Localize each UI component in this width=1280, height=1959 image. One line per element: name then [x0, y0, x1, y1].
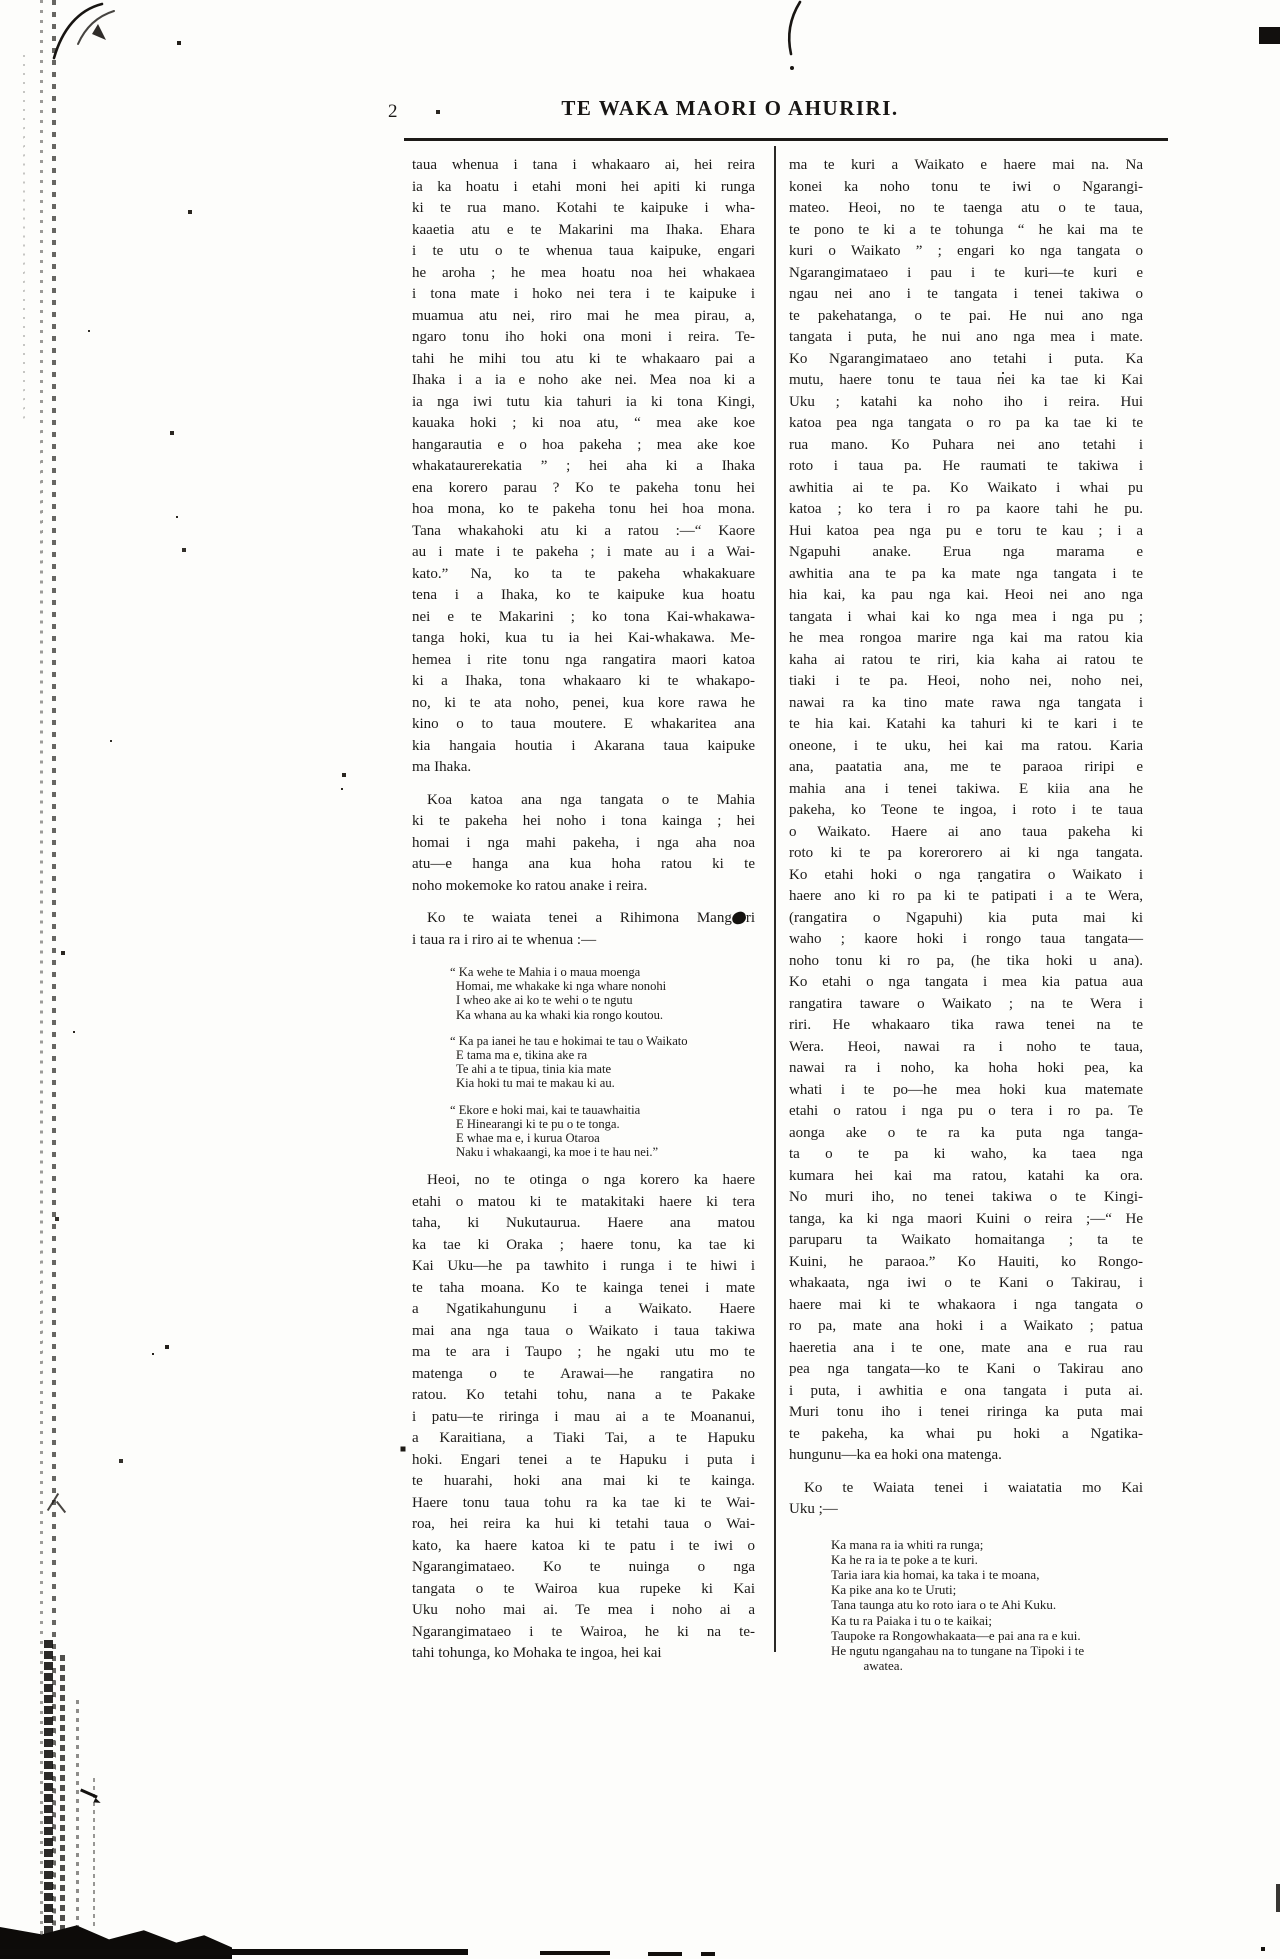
- scan-artifact-corner-smear: [0, 1918, 232, 1959]
- text-line: pakeha, ko Teone te ingoa, i roto i te t…: [789, 800, 1143, 822]
- scan-artifact-streak: [23, 55, 25, 425]
- scan-artifact-streak: [40, 0, 43, 1959]
- text-line: katoa ; ko tera i ro pa kaore tahi he pu…: [789, 499, 1143, 521]
- verse-line: Ka mana ra ia whiti ra runga;: [831, 1537, 1143, 1552]
- text-line: kaha ai ratou te riri, kia kaha ai ratou…: [789, 650, 1143, 672]
- text-line: kino o to taua moutere. E whakaritea ana: [412, 714, 755, 736]
- text-line: waho ; kaore hoki i rongo taua tangata—: [789, 929, 1143, 951]
- text-line: no, ki te ata noho, penei, kua kore rawa…: [412, 693, 755, 715]
- scan-artifact-bottom-edge: [648, 1952, 682, 1956]
- scan-artifact-streak: [52, 0, 56, 1959]
- scan-artifact-bottom-edge: [0, 1949, 468, 1955]
- verse-line: Taria iara kia homai, ka taka i te moana…: [831, 1567, 1143, 1582]
- text-line: noho mokemoke ko ratou anake i reira.: [412, 876, 755, 898]
- text-line: kumara hei kai ma ratou, katahi ka ora.: [789, 1166, 1143, 1188]
- verse-line: Ka pike ana ko te Uruti;: [831, 1582, 1143, 1597]
- text-line: whakataurerekatia ” ; hei aha ki a Ihaka: [412, 456, 755, 478]
- text-line: ro pa, mate ana hoki i a Waikato ; patua: [789, 1316, 1143, 1338]
- verse-block: “ Ka wehe te Mahia i o maua moengaHomai,…: [450, 965, 755, 1159]
- paragraph: Ko te waiata tenei a Rihimona Mangrii ta…: [412, 908, 755, 951]
- text-line: i patu—te riringa i mau ai a te Moananui…: [412, 1407, 755, 1429]
- column-divider-rule: [774, 146, 776, 1652]
- scan-artifact-ink-stroke: [778, 0, 806, 84]
- text-line: te taha moana. Ko te kainga tenei i mate: [412, 1278, 755, 1300]
- text-line: Heoi, no te otinga o nga korero ka haere: [412, 1170, 755, 1192]
- text-line: Ngarangimataeo i pau i te kuri—te kuri e: [789, 263, 1143, 285]
- text-line: kia hangaia houtia i Akarana taua kaipuk…: [412, 736, 755, 758]
- verse-stanza: Ka mana ra ia whiti ra runga;Ka he ra ia…: [831, 1537, 1143, 1674]
- text-line: tiaki i te pa. Heoi, noho nei, noho nei,: [789, 671, 1143, 693]
- text-line: whati i te po—he mea hoki kua matemate: [789, 1080, 1143, 1102]
- scan-artifact-streak: [44, 1640, 53, 1945]
- text-line: pea nga tangata—ko te Kani o Takirau ano: [789, 1359, 1143, 1381]
- verse-line: E Hinearangi ki te pu o te tonga.: [450, 1117, 755, 1131]
- text-line: i taua ra i riro ai te whenua :—: [412, 930, 755, 952]
- text-line: i tona mate i hoko nei tera i te kaipuke…: [412, 284, 755, 306]
- text-line: Wera. Heoi, nawai ra i noho te taua,: [789, 1037, 1143, 1059]
- text-line: roto i taua pa. He raumati te takiwa i: [789, 456, 1143, 478]
- text-line: Muri tonu iho i tenei riringa ka puta ma…: [789, 1402, 1143, 1424]
- text-line: ki a Ihaka, tona whakaaro ki te whakapo-: [412, 671, 755, 693]
- verse-line: Ka tu ra Paiaka i tu o te kaikai;: [831, 1613, 1143, 1628]
- text-line: katoa pea nga tangata o ro pa ka tae ki …: [789, 413, 1143, 435]
- text-line: mai ana nga taua o Waikato i taua takiwa: [412, 1321, 755, 1343]
- text-line: ta o te pa ki waho, ka taea nga: [789, 1144, 1143, 1166]
- text-line: Ko te waiata tenei a Rihimona Mangri: [412, 908, 755, 930]
- verse-stanza: “ Ka wehe te Mahia i o maua moengaHomai,…: [450, 965, 755, 1022]
- text-line: tahi tohunga, ko Mohaka te ingoa, hei ka…: [412, 1643, 755, 1665]
- text-line: hangarautia e o hoa pakeha ; mea ake koe: [412, 435, 755, 457]
- text-line: Koa katoa ana nga tangata o te Mahia: [412, 790, 755, 812]
- text-line: whakaata, nga iwi o te Kani o Takirau, i: [789, 1273, 1143, 1295]
- text-line: ma te kuri a Waikato e haere mai na. Na: [789, 155, 1143, 177]
- text-fragment: ri: [746, 910, 755, 926]
- text-line: roa, hei reira ka hui ki tetahi taua o W…: [412, 1514, 755, 1536]
- text-line: tanga hoki, kua tu ia hei Kai-whakawa. M…: [412, 628, 755, 650]
- text-line: Haere tonu taua tohu ra ka tae ki te Wai…: [412, 1493, 755, 1515]
- scan-artifact-tick: [80, 1788, 97, 1798]
- text-line: atu—e hanga ana kua hoha ratou ki te: [412, 854, 755, 876]
- text-line: i te utu o te whenua taua kaipuke, engar…: [412, 241, 755, 263]
- text-line: matenga o te Arawai—he rangatira no: [412, 1364, 755, 1386]
- verse-line: Homai, me whakake ki nga whare nonohi: [450, 979, 755, 993]
- text-line: au i mate i te pakeha ; i mate au i a Wa…: [412, 542, 755, 564]
- text-line: ma Ihaka.: [412, 757, 755, 779]
- text-line: hia kai, ka pau nga kai. Heoi nei ano ng…: [789, 585, 1143, 607]
- column-right: ma te kuri a Waikato e haere mai na. Nak…: [789, 155, 1143, 1677]
- verse-line: “ Ka wehe te Mahia i o maua moenga: [450, 965, 755, 979]
- text-line: te pakeha, ka whai pu hoki a Ngatika-: [789, 1424, 1143, 1446]
- text-line: paruparu ta Waikato homaitanga ; ta te: [789, 1230, 1143, 1252]
- text-line: etahi o ratou i nga pu o tera i ro pa. T…: [789, 1101, 1143, 1123]
- text-line: ratou. Ko tetahi tohu, nana a te Pakake: [412, 1385, 755, 1407]
- verse-stanza: “ Ka pa ianei he tau e hokimai te tau o …: [450, 1034, 755, 1091]
- verse-line: I wheo ake ai ko te wehi o te ngutu: [450, 993, 755, 1007]
- text-line: mutu, haere tonu te taua nei ka tae ki K…: [789, 370, 1143, 392]
- text-line: Uku ; katahi ka noho iho i reira. Hui: [789, 392, 1143, 414]
- text-line: mateo. Heoi, no te taenga atu o te taua,: [789, 198, 1143, 220]
- page-number: 2: [388, 101, 398, 123]
- text-line: te pakehatanga, o te pai. He nui ano nga: [789, 306, 1143, 328]
- scan-artifact-bottom-edge: [540, 1951, 610, 1955]
- verse-block: Ka mana ra ia whiti ra runga;Ka he ra ia…: [831, 1537, 1143, 1674]
- text-line: noho tonu ki ro pa, (he tika hoki u ana)…: [789, 951, 1143, 973]
- scan-artifact-tick: [93, 1798, 101, 1805]
- scan-artifact-right-edge-mark: [1276, 1884, 1280, 1912]
- text-line: ka tae ki Oraka ; haere tonu, ka tae ki: [412, 1235, 755, 1257]
- newspaper-page: 2 TE WAKA MAORI O AHURIRI. taua whenua i…: [0, 0, 1280, 1959]
- scan-artifact-streak: [60, 1655, 65, 1955]
- text-line: nawai ra ka tino mate rawa nga tangata i: [789, 693, 1143, 715]
- text-line: a Ngatikahungunu i a Waikato. Haere: [412, 1299, 755, 1321]
- text-line: haere mai ki te whakaora i nga tangata o: [789, 1295, 1143, 1317]
- text-line: tangata i whai kai ko nga mea i nga pu ;: [789, 607, 1143, 629]
- text-line: etahi o matou ki te matakitaki haere ki …: [412, 1192, 755, 1214]
- text-line: hoki. Engari tenei a te Hapuku i puta i: [412, 1450, 755, 1472]
- paragraph: Koa katoa ana nga tangata o te Mahiaki t…: [412, 790, 755, 898]
- scan-artifact-bottom-edge: [701, 1952, 715, 1956]
- text-line: ana, paatatia ana, me te paraoa riripi e: [789, 757, 1143, 779]
- text-line: tahi he mihi tou atu ki te whakaaro pai …: [412, 349, 755, 371]
- column-left: taua whenua i tana i whakaaro ai, hei re…: [412, 155, 755, 1665]
- text-line: Kai Uku—he pa tawhito i runga i te hiwi …: [412, 1256, 755, 1278]
- verse-line: He ngutu ngangahau na to tungane na Tipo…: [831, 1643, 1143, 1658]
- text-line: taha, ki Nukutaurua. Haere ana matou: [412, 1213, 755, 1235]
- text-line: ia ka hoatu i etahi moni hei apiti ki ru…: [412, 177, 755, 199]
- text-line: Hui katoa pea nga pu e toru te kau ; i a: [789, 521, 1143, 543]
- text-line: tena i a Ihaka, ko te kaipuke kua hoatu: [412, 585, 755, 607]
- text-line: No muri iho, no tenei takiwa o te Kingi-: [789, 1187, 1143, 1209]
- verse-line: Ka he ra ia te poke a te kuri.: [831, 1552, 1143, 1567]
- verse-line: “ Ekore e hoki mai, kai te tauawhaitia: [450, 1103, 755, 1117]
- text-line: rangatira taware o Waikato ; na te Wera …: [789, 994, 1143, 1016]
- text-line: tangata o te Wairoa kua rupeke ki Kai: [412, 1579, 755, 1601]
- text-line: te huarahi, hoki ana mai ki te kainga.: [412, 1471, 755, 1493]
- text-line: hemea i rite tonu nga rangatira maori ka…: [412, 650, 755, 672]
- text-line: homai i nga mahi pakeha, i nga aha noa: [412, 833, 755, 855]
- text-line: Ko te Waiata tenei i waiatatia mo Kai: [789, 1478, 1143, 1500]
- text-line: ngau nei ano i te tangata i tenei takiwa…: [789, 284, 1143, 306]
- scan-artifact-streak: [93, 1778, 95, 1928]
- text-line: muamua atu nei, riro mai he mea pirau, a…: [412, 306, 755, 328]
- masthead-rule: [404, 138, 1168, 141]
- text-line: tangata i puta, he nui ano nga mea i mat…: [789, 327, 1143, 349]
- text-line: rua mano. Ko Puhara nei ano tetahi i: [789, 435, 1143, 457]
- paragraph: Ko te Waiata tenei i waiatatia mo KaiUku…: [789, 1478, 1143, 1521]
- text-line: hoa mona, ko te pakeha tonu hei hoa mona…: [412, 499, 755, 521]
- text-line: kaaetia atu e te Makarini ma Ihaka. Ehar…: [412, 220, 755, 242]
- scan-artifact-speckles: [0, 0, 2, 2]
- text-line: ngaro tonu iho hoki ona moni i reira. Te…: [412, 327, 755, 349]
- text-line: ia nga iwi tutu kia tahuri ia ki tona Ki…: [412, 392, 755, 414]
- text-line: te pono te ki a te tohunga “ he kai ma t…: [789, 220, 1143, 242]
- text-fragment: Ko te waiata tenei a Rihimona Mang: [427, 910, 732, 926]
- text-line: Kuini, he paraoa.” Ko Hauiti, ko Rongo-: [789, 1252, 1143, 1274]
- verse-line: awatea.: [831, 1658, 1143, 1673]
- text-line: ena korero parau ? Ko te pakeha tonu hei: [412, 478, 755, 500]
- text-line: kato, ka haere katoa ki te patu i te iwi…: [412, 1536, 755, 1558]
- text-line: a Karaitiana, a Tiaki Tai, a te Hapuku: [412, 1428, 755, 1450]
- text-line: Ngarangimataeo i te Wairoa, he ki na te-: [412, 1622, 755, 1644]
- text-line: i puta, i awhitia e ona tangata i puta a…: [789, 1381, 1143, 1403]
- verse-line: E whae ma e, i kurua Otaroa: [450, 1131, 755, 1145]
- text-line: (rangatira o Ngapuhi) kia puta mai ki: [789, 908, 1143, 930]
- verse-line: Ka whana au ka whaki kia rongo koutou.: [450, 1008, 755, 1022]
- verse-line: Kia hoki tu mai te makau ki au.: [450, 1076, 755, 1090]
- verse-line: E tama ma e, tikina ake ra: [450, 1048, 755, 1062]
- text-line: nei e te Makarini ; ko tona Kai-whakawa-: [412, 607, 755, 629]
- text-line: ma te ara i Taupo ; he ngaki utu mo te: [412, 1342, 755, 1364]
- text-line: konei ka noho tonu te iwi o Ngarangi-: [789, 177, 1143, 199]
- text-line: ki te pakeha hei noho i tona kainga ; he…: [412, 811, 755, 833]
- text-line: kato.” Na, ko ta te pakeha whakakuare: [412, 564, 755, 586]
- text-line: awhitia ana te pa ka mate nga tangata i …: [789, 564, 1143, 586]
- scan-artifact-tick: [47, 1493, 59, 1511]
- paragraph: ma te kuri a Waikato e haere mai na. Nak…: [789, 155, 1143, 1467]
- verse-line: Taupoke ra Rongowhakaata—e pai ana ra e …: [831, 1628, 1143, 1643]
- scan-artifact-streak: [76, 1700, 79, 1950]
- text-line: mahia ana i tenei takiwa. E kiia ana he: [789, 779, 1143, 801]
- paragraph: Heoi, no te otinga o nga korero ka haere…: [412, 1170, 755, 1665]
- text-line: Ko etahi hoki o nga rangatira o Waikato …: [789, 865, 1143, 887]
- verse-line: Te ahi a te tipua, tinia kia mate: [450, 1062, 755, 1076]
- verse-line: Naku i whakaangi, ka moe i te hau nei.”: [450, 1145, 755, 1159]
- text-line: roto ki te pa korerorero ai ki nga tanga…: [789, 843, 1143, 865]
- verse-line: “ Ka pa ianei he tau e hokimai te tau o …: [450, 1034, 755, 1048]
- text-line: kuri o Waikato ” ; engari ko nga tangata…: [789, 241, 1143, 263]
- text-line: taua whenua i tana i whakaaro ai, hei re…: [412, 155, 755, 177]
- text-line: aonga ake o te ra ka puta nga tanga-: [789, 1123, 1143, 1145]
- text-line: tanga, ka ki nga maori Kuini o reira ;—“…: [789, 1209, 1143, 1231]
- paragraph: taua whenua i tana i whakaaro ai, hei re…: [412, 155, 755, 779]
- text-line: nawai ra i noho, ka hoha hoki pea, ka: [789, 1058, 1143, 1080]
- text-line: Ko Ngarangimataeo ano tetahi i puta. Ka: [789, 349, 1143, 371]
- text-line: Ngarangimataeo. Ko te nuinga o nga: [412, 1557, 755, 1579]
- verse-line: Tana taunga atu ko roto iara o te Ahi Ku…: [831, 1597, 1143, 1612]
- text-line: Uku noho mai ai. Te mea i noho ai a: [412, 1600, 755, 1622]
- text-line: haeretia ana i te one, mate ana e rua ra…: [789, 1338, 1143, 1360]
- scan-artifact-top-squiggle: [48, 0, 126, 62]
- masthead-title: TE WAKA MAORI O AHURIRI.: [430, 96, 1030, 121]
- text-line: oneone, i te uku, hei kai ma ratou. Kari…: [789, 736, 1143, 758]
- text-line: he aroha ; he mea hoatu noa hei whakaea: [412, 263, 755, 285]
- text-line: haere ano ki ro pa ki te patipati i a te…: [789, 886, 1143, 908]
- text-line: o Waikato. Haere ai ano taua pakeha ki: [789, 822, 1143, 844]
- text-line: kauaka hoki ; ki noa atu, “ mea ake koe: [412, 413, 755, 435]
- text-line: Ihaka i a ia e noho ake nei. Mea noa ki …: [412, 370, 755, 392]
- text-line: Ngapuhi anake. Erua nga marama e: [789, 542, 1143, 564]
- text-line: hungunu—ka ea hoki ona matenga.: [789, 1445, 1143, 1467]
- text-line: Ko etahi o nga tangata i mea kia patua a…: [789, 972, 1143, 994]
- text-line: awhitia ai te pa. Ko Waikato i whai pu: [789, 478, 1143, 500]
- scan-artifact-right-edge-mark: [1259, 27, 1280, 44]
- verse-stanza: “ Ekore e hoki mai, kai te tauawhaitiaE …: [450, 1103, 755, 1160]
- scan-artifact-tick: [56, 1501, 66, 1513]
- text-line: riri. He whakaaro tika rawa tenei na te: [789, 1015, 1143, 1037]
- ink-blot: [731, 910, 747, 925]
- text-line: te hia kai. Katahi ka tahuri ki te kari …: [789, 714, 1143, 736]
- text-line: he mea rongoa marire nga kai ma ratou ki…: [789, 628, 1143, 650]
- text-line: ki te rua mano. Kotahi te kaipuke i wha-: [412, 198, 755, 220]
- text-line: Uku ;—: [789, 1499, 1143, 1521]
- text-line: Tana whakahoki atu ki a ratou :—“ Kaore: [412, 521, 755, 543]
